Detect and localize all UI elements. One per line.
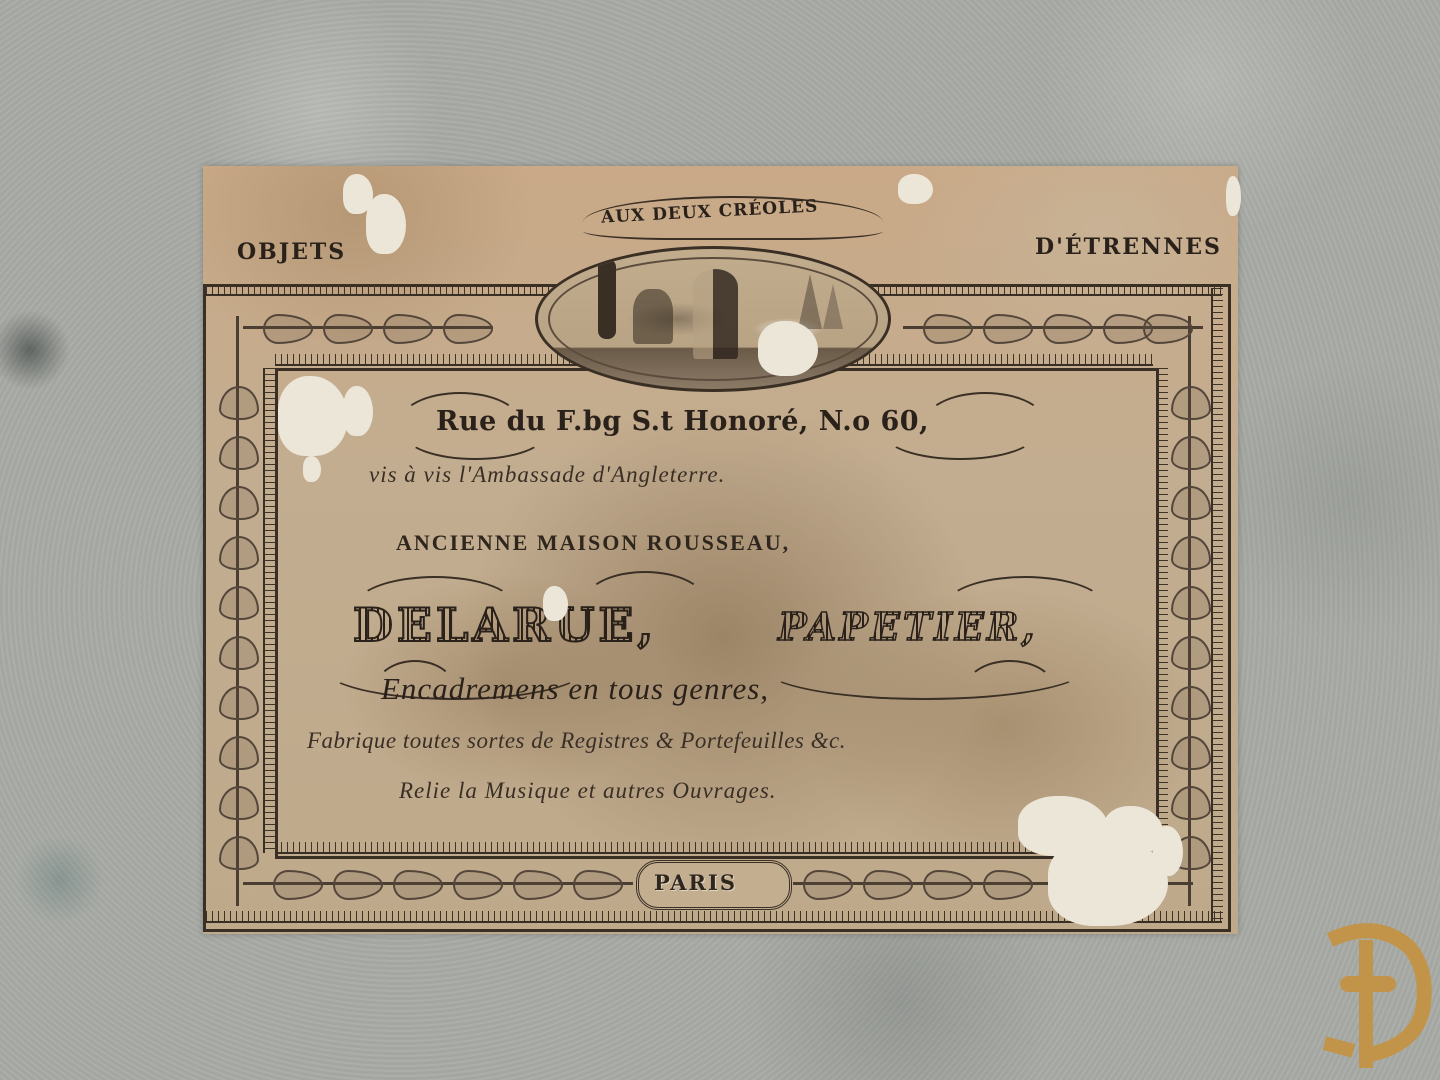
inner-right-hatch	[1156, 368, 1168, 853]
right-hatch-border	[1211, 288, 1223, 922]
services-line-1: Fabrique toutes sortes de Registres & Po…	[307, 728, 846, 754]
flourish	[963, 660, 1057, 724]
paper-loss	[1153, 826, 1183, 876]
merchant-name: DELARUE,	[353, 598, 657, 652]
ship-sail-icon	[823, 284, 843, 329]
paper-loss	[898, 174, 933, 204]
specialty-line: Encadremens en tous genres,	[381, 671, 769, 707]
former-house-line: ANCIENNE MAISON ROUSSEAU,	[396, 530, 790, 556]
paper-loss	[1226, 176, 1241, 216]
address-note: vis à vis l'Ambassade d'Angleterre.	[369, 462, 725, 488]
services-line-2: Relie la Musique et autres Ouvrages.	[399, 778, 777, 804]
merchant-trade: PAPETIER,	[778, 604, 1038, 649]
standing-figure	[693, 269, 738, 359]
paper-loss	[303, 456, 321, 482]
ship-sail-icon	[798, 274, 822, 329]
objets-heading: OBJETS	[237, 239, 346, 265]
inner-left-hatch	[263, 368, 275, 853]
engraved-vignette	[535, 246, 891, 392]
paper-loss	[366, 194, 406, 254]
paper-loss	[278, 376, 348, 456]
kneeling-figure	[633, 289, 673, 344]
city-text: PARIS	[654, 870, 737, 895]
paper-loss	[543, 586, 568, 621]
tree-figure	[598, 259, 616, 339]
paper-loss	[758, 321, 818, 376]
address-line: Rue du F.bg S.t Honoré, N.o 60,	[436, 406, 929, 437]
trade-label: OBJETS D'ÉTRENNES AUX DEUX CRÉOLES	[203, 166, 1238, 934]
etrennes-heading: D'ÉTRENNES	[1035, 234, 1222, 260]
paper-loss	[343, 386, 373, 436]
auction-house-logo-icon	[1322, 918, 1432, 1068]
